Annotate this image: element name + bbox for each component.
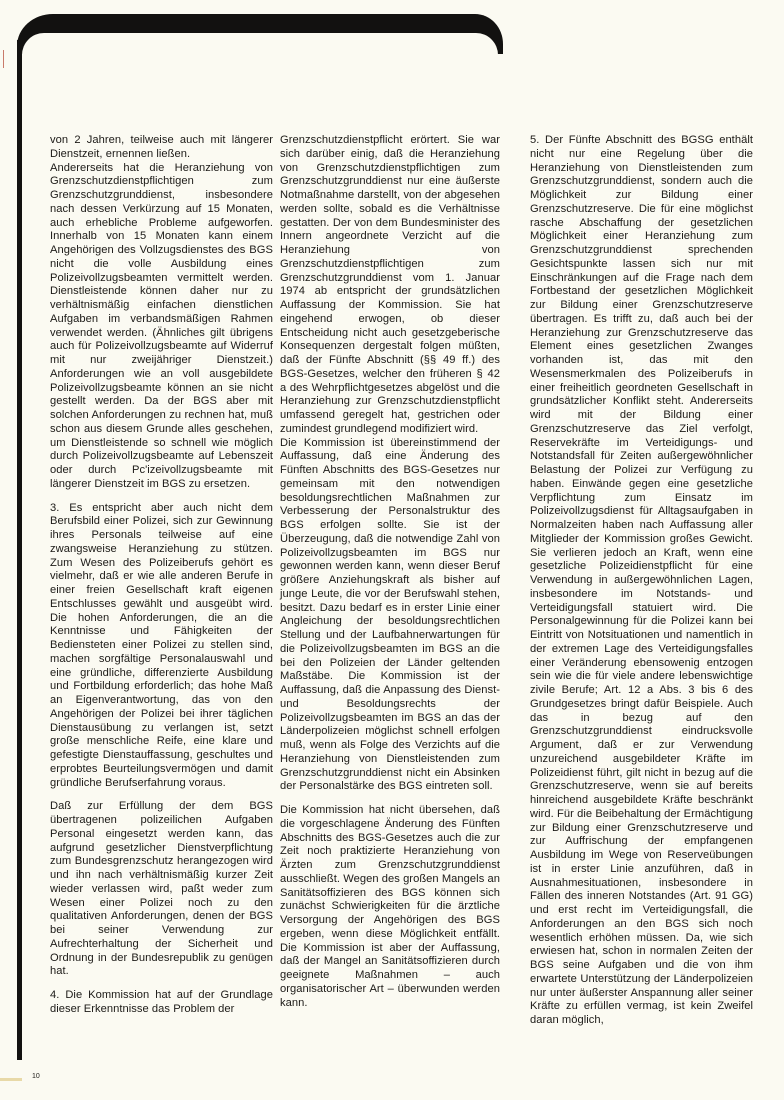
paragraph: Grenzschutzdienstpflicht erörtert. Sie w… [280, 134, 500, 437]
paragraph: 5. Der Fünfte Abschnitt des BGSG enthält… [530, 134, 753, 1028]
paragraph: Daß zur Erfüllung der dem BGS übertragen… [50, 800, 273, 979]
paragraph: 4. Die Kommission hat auf der Grundlage … [50, 989, 273, 1017]
column-right: 5. Der Fünfte Abschnitt des BGSG enthält… [530, 134, 753, 1038]
frame-inner-cutout [22, 33, 498, 73]
document-page: von 2 Jahren, teilweise auch mit längere… [0, 0, 784, 1100]
column-left: von 2 Jahren, teilweise auch mit längere… [50, 134, 273, 1027]
page-number: 10 [32, 1073, 40, 1081]
scan-edge-mark [3, 50, 4, 68]
paragraph: von 2 Jahren, teilweise auch mit längere… [50, 134, 273, 162]
paragraph: Die Kommission hat nicht übersehen, daß … [280, 804, 500, 1010]
column-middle: Grenzschutzdienstpflicht erörtert. Sie w… [280, 134, 500, 1020]
paragraph: Die Kommission ist übereinstimmend der A… [280, 437, 500, 795]
paragraph: 3. Es entspricht aber auch nicht dem Ber… [50, 502, 273, 791]
paragraph: Andererseits hat die Heranziehung von Gr… [50, 162, 273, 492]
text-columns: von 2 Jahren, teilweise auch mit längere… [0, 134, 784, 1094]
